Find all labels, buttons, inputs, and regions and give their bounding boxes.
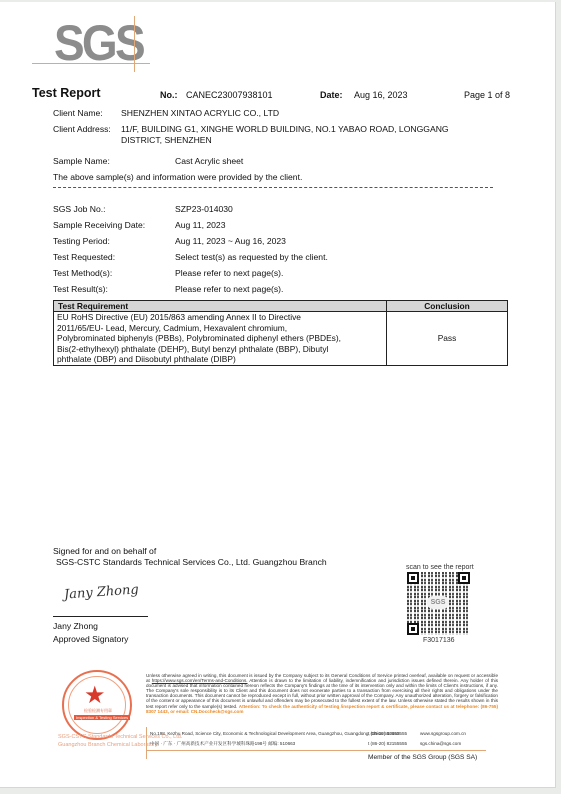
table-row: EU RoHS Directive (EU) 2015/863 amending… [54, 312, 508, 366]
page-indicator: Page 1 of 8 [464, 90, 510, 100]
test-requested-label: Test Requested: [53, 252, 115, 262]
dashed-separator [53, 187, 493, 189]
stamp-star-icon: ★ [84, 684, 106, 708]
report-page: SGS Test Report No.: CANEC23007938101 Da… [0, 2, 556, 788]
header-conclusion: Conclusion [387, 301, 508, 312]
footer-rule-vertical [146, 727, 147, 759]
sample-provided-note: The above sample(s) and information were… [53, 172, 302, 182]
test-results-label: Test Result(s): [53, 284, 108, 294]
signed-for-text: Signed for and on behalf of [53, 546, 156, 556]
report-date: Aug 16, 2023 [354, 90, 408, 100]
phone-2: t (86-20) 82155555 [368, 741, 407, 746]
test-methods: Please refer to next page(s). [175, 268, 283, 278]
job-number-label: SGS Job No.: [53, 204, 106, 214]
client-address-line2: DISTRICT, SHENZHEN [121, 135, 212, 145]
footer-rule-horizontal [146, 750, 486, 751]
client-name-label: Client Name: [53, 108, 103, 118]
qr-finder-top-left [407, 572, 419, 584]
logo-rule-vertical [134, 16, 135, 72]
signing-company: SGS-CSTC Standards Technical Services Co… [56, 557, 327, 567]
qr-sgs-logo: SGS [427, 596, 449, 609]
client-name: SHENZHEN XINTAO ACRYLIC CO., LTD [121, 108, 279, 118]
logo-rule-horizontal [32, 63, 150, 64]
stamp-chinese-text: 检验检测专用章 [78, 708, 118, 714]
qr-caption: scan to see the report [406, 564, 474, 571]
report-title: Test Report [32, 86, 101, 100]
report-number-label: No.: [160, 90, 178, 100]
signer-name: Jany Zhong [53, 621, 98, 631]
signer-title: Approved Signatory [53, 634, 128, 644]
conclusion-cell: Pass [387, 312, 508, 366]
qr-finder-top-right [458, 572, 470, 584]
test-methods-label: Test Method(s): [53, 268, 112, 278]
receiving-date-label: Sample Receiving Date: [53, 220, 145, 230]
client-address-label: Client Address: [53, 124, 111, 134]
table-header-row: Test Requirement Conclusion [54, 301, 508, 312]
address-english: No.198, Kezhu Road, Science City, Econom… [150, 731, 400, 736]
test-requested: Select test(s) as requested by the clien… [175, 252, 328, 262]
sgs-logo: SGS [54, 17, 129, 69]
results-table: Test Requirement Conclusion EU RoHS Dire… [53, 300, 508, 366]
receiving-date: Aug 11, 2023 [175, 220, 226, 230]
phone-1: t (86-20) 82155555 [368, 731, 407, 736]
testing-period-label: Testing Period: [53, 236, 110, 246]
test-requirement-cell: EU RoHS Directive (EU) 2015/863 amending… [54, 312, 387, 366]
client-address-line1: 11/F, BUILDING G1, XINGHE WORLD BUILDING… [121, 124, 449, 134]
qr-code-id: F3017136 [423, 637, 455, 644]
website-link[interactable]: www.sgsgroup.com.cn [420, 731, 466, 736]
report-number: CANEC23007938101 [186, 90, 273, 100]
address-chinese: 中国 · 广东 · 广州高新技术产业开发区科学城科珠路198号 邮编: 5106… [150, 741, 295, 747]
stamp-footer-line2: Guangzhou Branch Chemical Laboratory [58, 742, 158, 748]
testing-period: Aug 11, 2023 ~ Aug 16, 2023 [175, 236, 286, 246]
header-test-requirement: Test Requirement [54, 301, 387, 312]
handwritten-signature: Jany Zhong [64, 582, 140, 602]
sample-name: Cast Acrylic sheet [175, 156, 243, 166]
sample-name-label: Sample Name: [53, 156, 110, 166]
sgs-group-membership: Member of the SGS Group (SGS SA) [368, 754, 477, 761]
date-label: Date: [320, 90, 343, 100]
signature-line [53, 616, 148, 617]
qr-finder-bottom-left [407, 623, 419, 635]
stamp-band-text: Inspection & Testing Services [74, 715, 130, 720]
legal-disclaimer: Unless otherwise agreed in writing, this… [146, 673, 498, 714]
job-number: SZP23-014030 [175, 204, 233, 214]
email-link[interactable]: sgs.china@sgs.com [420, 741, 461, 746]
test-results: Please refer to next page(s). [175, 284, 283, 294]
